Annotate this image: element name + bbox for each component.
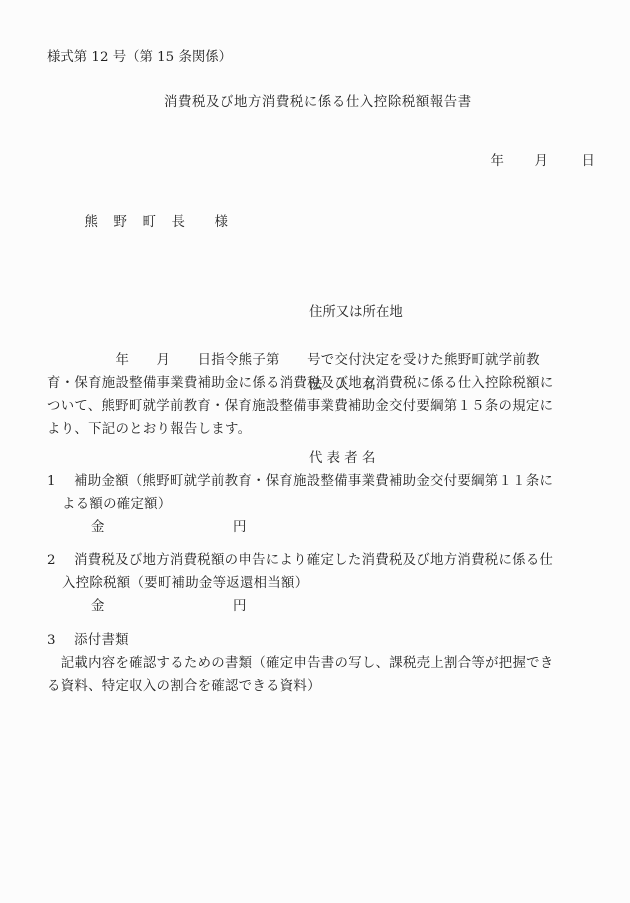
body-line: より、下記のとおり報告します。: [47, 418, 587, 441]
addressee: 熊野町長様: [76, 188, 228, 234]
section-subsidy-amount: 1 補助金額（熊野町就学前教育・保育施設整備事業費補助金交付要綱第１１条に よる…: [47, 470, 587, 539]
amount-prefix: 金: [91, 516, 233, 539]
date-line: 年月日: [482, 127, 595, 173]
date-year-label: 年: [491, 150, 535, 173]
amount-field: 金円: [47, 516, 587, 539]
addressee-honorific: 様: [215, 211, 228, 234]
amount-prefix: 金: [91, 595, 233, 618]
body-line: ついて、熊野町就学前教育・保育施設整備事業費補助金交付要綱第１５条の規定に: [47, 395, 587, 418]
sender-address-label: 住所又は所在地: [309, 302, 403, 329]
body-line: 年 月 日指令熊子第 号で交付決定を受けた熊野町就学前教: [47, 349, 587, 372]
attachments-detail-cont: る資料、特定収入の割合を確認できる資料）: [47, 675, 587, 698]
section-heading: 2 消費税及び地方消費税額の申告により確定した消費税及び地方消費税に係る仕: [47, 549, 587, 572]
addressee-char: 熊: [85, 211, 114, 234]
body-paragraph: 年 月 日指令熊子第 号で交付決定を受けた熊野町就学前教 育・保育施設整備事業費…: [47, 349, 587, 441]
amount-suffix: 円: [233, 520, 247, 535]
section-heading: 1 補助金額（熊野町就学前教育・保育施設整備事業費補助金交付要綱第１１条に: [47, 470, 587, 493]
amount-field: 金円: [47, 595, 587, 618]
section-heading: 3 添付書類: [47, 629, 587, 652]
addressee-char: 長: [172, 211, 201, 234]
section-heading-cont: 入控除税額（要町補助金等返還相当額）: [47, 572, 587, 595]
section-heading-cont: よる額の確定額）: [47, 493, 587, 516]
form-number: 様式第 12 号（第 15 条関係）: [47, 46, 232, 69]
date-month-label: 月: [535, 150, 582, 173]
amount-suffix: 円: [233, 599, 247, 614]
date-day-label: 日: [582, 150, 595, 173]
attachments-detail: 記載内容を確認するための書類（確定申告書の写し、課税売上割合等が把握でき: [47, 652, 587, 675]
section-attachments: 3 添付書類 記載内容を確認するための書類（確定申告書の写し、課税売上割合等が把…: [47, 629, 587, 698]
addressee-char: 野: [114, 211, 143, 234]
section-deduction-amount: 2 消費税及び地方消費税額の申告により確定した消費税及び地方消費税に係る仕 入控…: [47, 549, 587, 618]
addressee-char: 町: [143, 211, 172, 234]
document-title: 消費税及び地方消費税に係る仕入控除税額報告書: [164, 91, 472, 114]
body-line: 育・保育施設整備事業費補助金に係る消費税及び地方消費税に係る仕入控除税額に: [47, 372, 587, 395]
